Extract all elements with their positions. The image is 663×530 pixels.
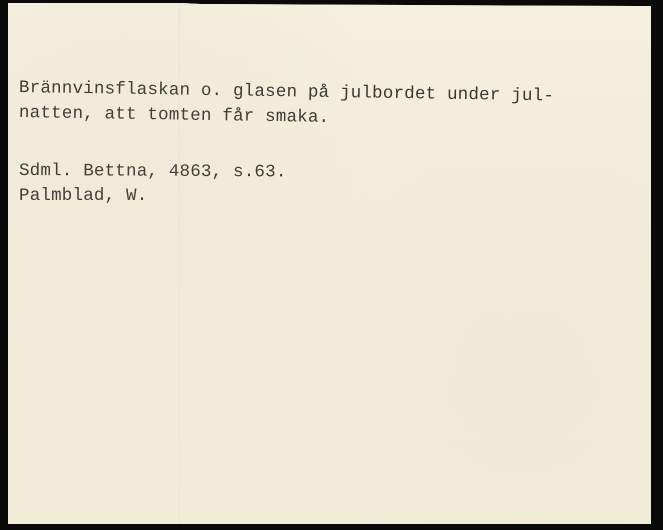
index-card: Brännvinsflaskan o. glasen på julbordet … — [8, 3, 651, 524]
card-text-line-1: Brännvinsflaskan o. glasen på julbordet … — [19, 78, 554, 106]
card-recorder-name: Palmblad, W. — [19, 186, 147, 206]
scan-background: Brännvinsflaskan o. glasen på julbordet … — [0, 0, 663, 530]
card-source-reference: Sdml. Bettna, 4863, s.63. — [19, 161, 287, 182]
card-text-line-2: natten, att tomten får smaka. — [19, 103, 330, 128]
